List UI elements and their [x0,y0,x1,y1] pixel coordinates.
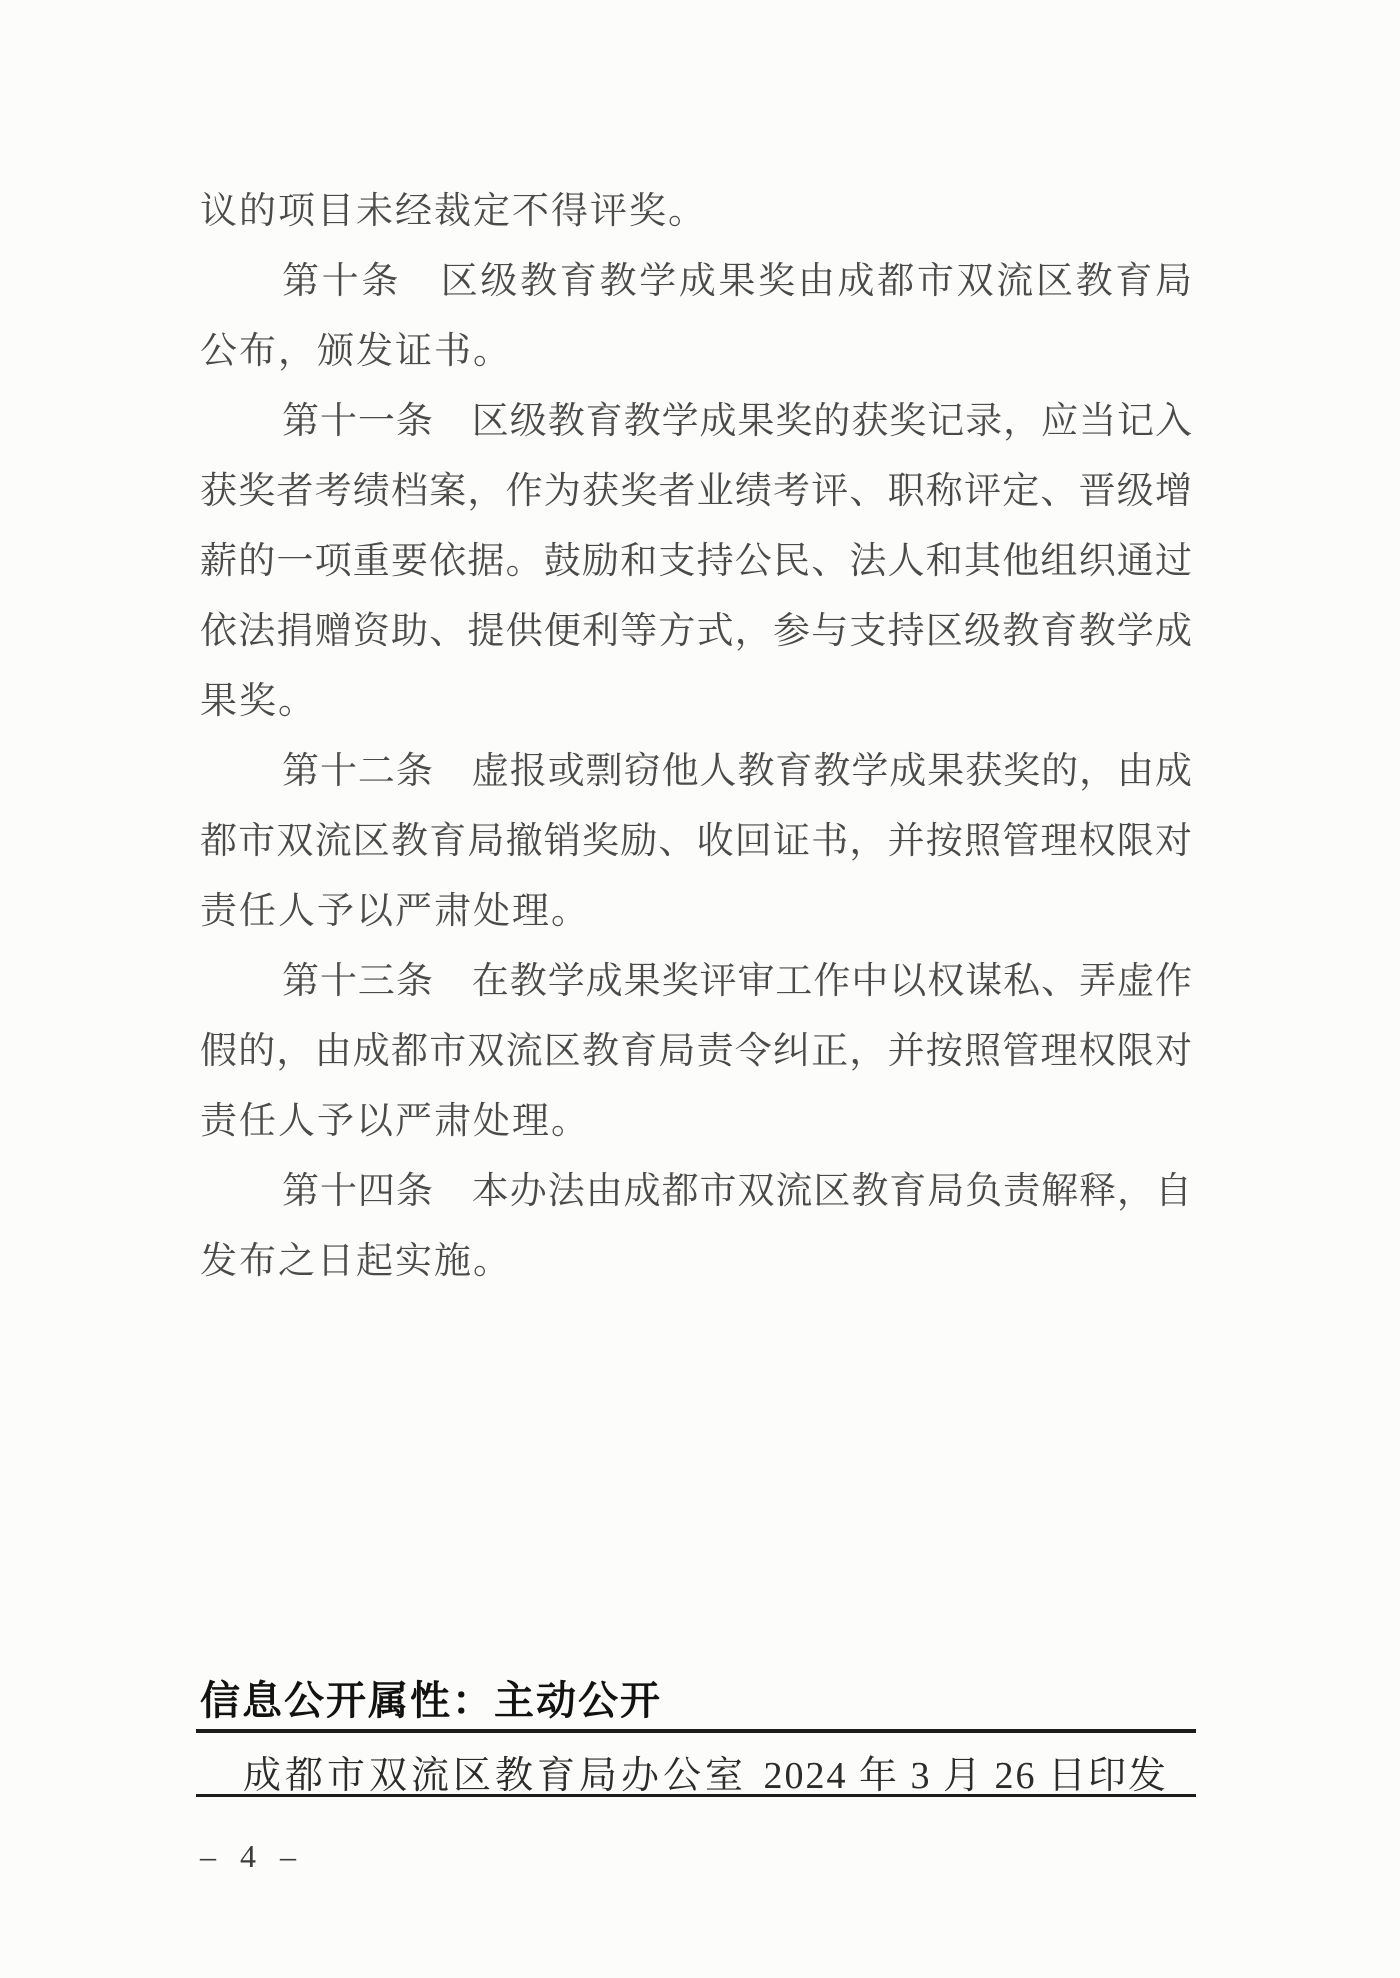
body-line: 议的项目未经裁定不得评奖。 [200,177,1192,247]
document-body: 议的项目未经裁定不得评奖。第十条 区级教育教学成果奖由成都市双流区教育局公布，颁… [200,177,1192,1297]
document-page: 议的项目未经裁定不得评奖。第十条 区级教育教学成果奖由成都市双流区教育局公布，颁… [0,0,1400,1978]
print-date-label: 2024 年 3 月 26 日印发 [763,1744,1168,1799]
footer-issue-row: 成都市双流区教育局办公室 2024 年 3 月 26 日印发 [196,1748,1196,1794]
body-line: 第十四条 本办法由成都市双流区教育局负责解释，自 [200,1157,1192,1227]
page-number: – 4 – [200,1838,304,1875]
body-line: 第十一条 区级教育教学成果奖的获奖记录，应当记入 [200,387,1192,457]
body-line: 薪的一项重要依据。鼓励和支持公民、法人和其他组织通过 [200,527,1192,597]
issuing-office-label: 成都市双流区教育局办公室 [243,1744,747,1799]
body-line: 都市双流区教育局撤销奖励、收回证书，并按照管理权限对 [200,807,1192,877]
body-line: 第十条 区级教育教学成果奖由成都市双流区教育局 [200,247,1192,317]
body-line: 第十二条 虚报或剽窃他人教育教学成果获奖的，由成 [200,737,1192,807]
body-line: 果奖。 [200,667,1192,737]
body-line: 获奖者考绩档案，作为获奖者业绩考评、职称评定、晋级增 [200,457,1192,527]
footer-divider-bottom [196,1794,1196,1797]
body-line: 发布之日起实施。 [200,1227,1192,1297]
body-line: 假的，由成都市双流区教育局责令纠正，并按照管理权限对 [200,1017,1192,1087]
body-line: 第十三条 在教学成果奖评审工作中以权谋私、弄虚作 [200,947,1192,1017]
body-line: 责任人予以严肃处理。 [200,877,1192,947]
body-line: 公布，颁发证书。 [200,317,1192,387]
footer-divider-top [196,1729,1196,1733]
body-line: 依法捐赠资助、提供便利等方式，参与支持区级教育教学成 [200,597,1192,667]
body-line: 责任人予以严肃处理。 [200,1087,1192,1157]
footer-disclosure-label: 信息公开属性：主动公开 [200,1678,662,1724]
